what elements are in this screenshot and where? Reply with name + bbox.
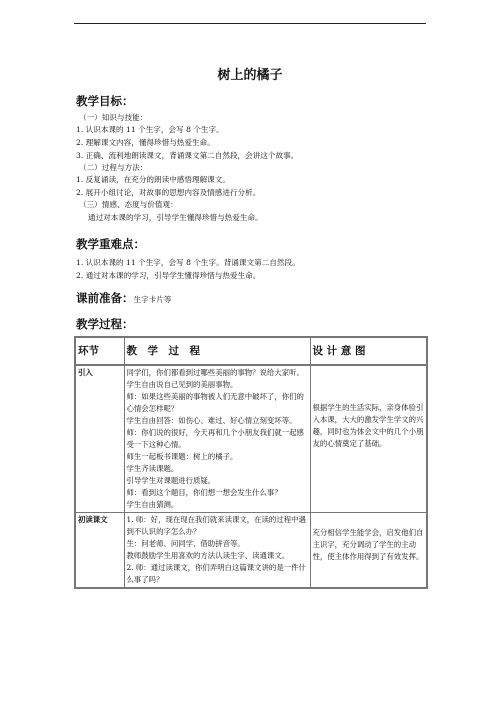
stage-cell: 初读课文 <box>75 513 124 589</box>
process-line: 1. 师：好，现在现在我们就来读课文，在读的过程中遇到不认识的字怎么办？ <box>127 514 308 538</box>
process-line: 师：你们说的很好，今天再和几个小朋友我们就一起感受一下这种心情。 <box>127 427 308 451</box>
design-cell: 充分相信学生能学会，启发他们自主识字，充分调动了学生的主动性，使主体作用得到了有… <box>310 513 427 589</box>
process-line: 生：问老师、问同学、借助拼音等。 <box>127 538 308 550</box>
preparation-value: 生字卡片等 <box>134 295 172 304</box>
process-line: 学生自由回答：如伤心、难过、好心情立刻变坏等。 <box>127 415 308 427</box>
objective-line: 1. 认识本课的 11 个生字，会写 8 个生字。 <box>76 124 224 136</box>
process-cell: 同学们，你们都看到过哪些美丽的事物？说给大家听。 学生自由说自己见到的美丽事物。… <box>124 365 310 513</box>
document-title: 树上的橘子 <box>0 64 500 83</box>
column-header-design: 设 计 意 图 <box>310 337 427 365</box>
process-line: 学生自由说自己见到的美丽事物。 <box>127 379 308 391</box>
page-header-rule <box>74 23 426 24</box>
teaching-process-table: 环节 教 学 过 程 设 计 意 图 引入 同学们，你们都看到过哪些美丽的事物？… <box>74 336 428 589</box>
objective-line: 1. 反复诵读，在充分的朗读中感悟理解课文。 <box>76 174 230 186</box>
design-cell: 根据学生的生活实际，亲身体验引入本课，大大的激发学生学文的兴趣，同时也为体会文中… <box>310 365 427 513</box>
objective-line: 2. 展开小组讨论，对故事的思想内容及情感进行分析。 <box>76 187 260 199</box>
process-heading: 教学过程： <box>76 316 134 332</box>
stage-cell: 引入 <box>75 365 124 513</box>
process-line: 同学们，你们都看到过哪些美丽的事物？说给大家听。 <box>127 367 308 379</box>
table-row: 引入 同学们，你们都看到过哪些美丽的事物？说给大家听。 学生自由说自己见到的美丽… <box>75 365 427 513</box>
preparation-heading: 课前准备： <box>76 291 134 305</box>
process-line: 师：看到这个题目，你们想一想会发生什么事？ <box>127 487 308 499</box>
column-header-process: 教 学 过 程 <box>124 337 310 365</box>
process-line: 引导学生对课题进行质疑。 <box>127 475 308 487</box>
preparation-row: 课前准备：生字卡片等 <box>76 290 171 306</box>
objective-line: （三）情感、态度与价值观： <box>79 199 178 211</box>
objectives-heading: 教学目标： <box>76 93 134 109</box>
objective-line: 3. 正确、流利地朗读课文，背诵课文第二自然段，会讲这个故事。 <box>76 150 298 162</box>
process-line: 教师鼓励学生用喜欢的方法认读生字、读通课文。 <box>127 550 308 562</box>
table-header-row: 环节 教 学 过 程 设 计 意 图 <box>75 337 427 365</box>
key-point-line: 2. 通过对本课的学习，引导学生懂得珍惜与热爱生命。 <box>76 270 260 282</box>
table-row: 初读课文 1. 师：好，现在现在我们就来读课文，在读的过程中遇到不认识的字怎么办… <box>75 513 427 589</box>
objective-line: 通过对本课的学习，引导学生懂得珍惜与热爱生命。 <box>88 212 263 224</box>
key-points-heading: 教学重难点： <box>76 236 145 252</box>
process-line: 师：如果这些美丽的事物被人们无意中破坏了，你们的心情会怎样呢？ <box>127 391 308 415</box>
objective-line: （一）知识与技能： <box>79 112 147 124</box>
process-line: 2. 师：通过读课文，你们弄明白这篇课文讲的是一件什么事了吗？ <box>127 562 308 586</box>
process-cell: 1. 师：好，现在现在我们就来读课文，在读的过程中遇到不认识的字怎么办？ 生：问… <box>124 513 310 589</box>
objective-line: （二）过程与方法： <box>79 162 147 174</box>
column-header-stage: 环节 <box>75 337 124 365</box>
objective-line: 2. 理解课文内容，懂得珍惜与热爱生命。 <box>76 137 215 149</box>
key-point-line: 1. 认识本课的 11 个生字，会写 8 个生字。背诵课文第二自然段。 <box>76 257 300 269</box>
process-line: 师生一起板书课题：树上的橘子。 <box>127 451 308 463</box>
process-line: 学生齐读课题。 <box>127 463 308 475</box>
process-line: 学生自由猜测。 <box>127 499 308 511</box>
